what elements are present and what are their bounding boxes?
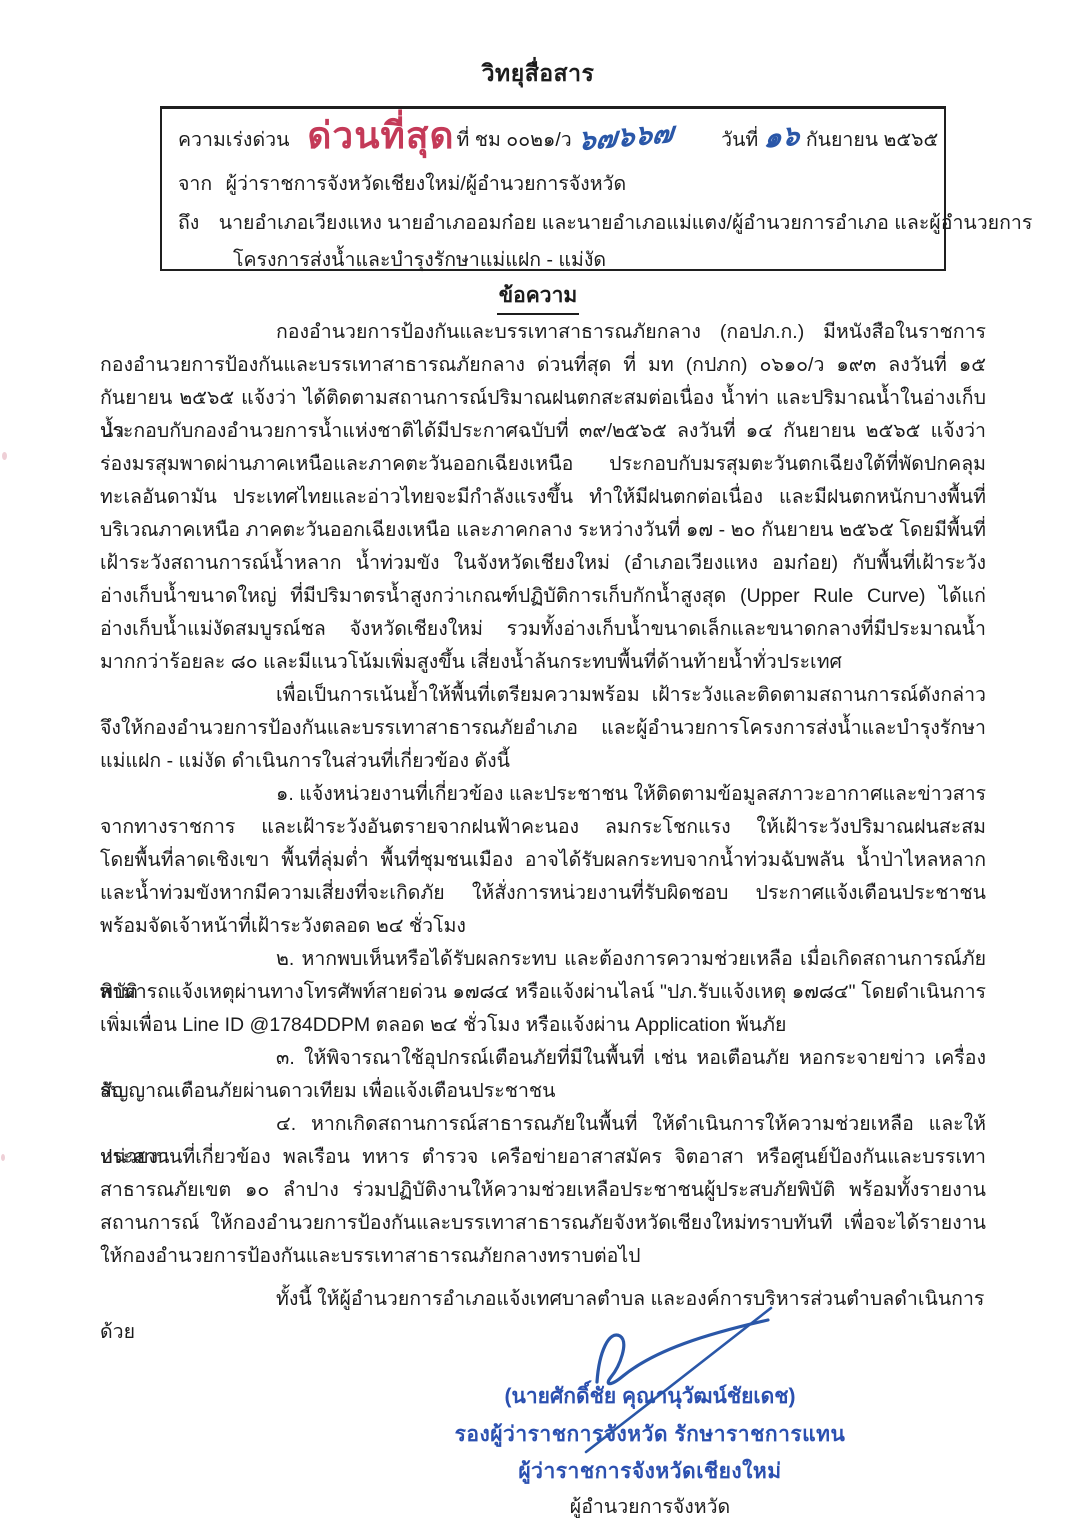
body-line: โดยพื้นที่ลาดเชิงเขา พื้นที่ลุ่มต่ำ พื้น… xyxy=(100,844,986,877)
paragraph: ๑. แจ้งหน่วยงานที่เกี่ยวข้อง และประชาชน … xyxy=(100,778,986,943)
doc-number-handwritten: ๖๗๖๖๗ xyxy=(577,119,675,156)
date-day-handwritten: ๑๖ xyxy=(763,121,801,152)
body-line: สามารถแจ้งเหตุผ่านทางโทรศัพท์สายด่วน ๑๗๘… xyxy=(100,976,986,1009)
from-label: จาก xyxy=(178,165,212,204)
to-value: นายอำเภอเวียงแหง นายอำเภออมก๋อย และนายอำ… xyxy=(219,212,1033,234)
header-line-urgency: ความเร่งด่วน ด่วนที่สุด ที่ ชม ๐๐๒๑/ว ๖๗… xyxy=(178,115,930,165)
paragraph: กองอำนวยการป้องกันและบรรเทาสาธารณภัยกลาง… xyxy=(100,316,986,679)
doc-number-label: ที่ ชม ๐๐๒๑/ว xyxy=(457,124,572,155)
body-line: และน้ำท่วมขังหากมีความเสี่ยงที่จะเกิดภัย… xyxy=(100,877,986,910)
body-line: สถานการณ์ ให้กองอำนวยการป้องกันและบรรเทา… xyxy=(100,1207,986,1240)
body-line: บริเวณภาคเหนือ ภาคตะวันออกเฉียงเหนือ และ… xyxy=(100,514,986,547)
body-line: กองอำนวยการป้องกันและบรรเทาสาธารณภัยกลาง… xyxy=(100,349,986,382)
body-line: พร้อมจัดเจ้าหน้าที่เฝ้าระวังตลอด ๒๔ ชั่ว… xyxy=(100,910,986,943)
body-line: เฝ้าระวังสถานการณ์น้ำหลาก น้ำท่วมขัง ในจ… xyxy=(100,547,986,580)
document-page: วิทยุสื่อสาร ความเร่งด่วน ด่วนที่สุด ที่… xyxy=(0,0,1076,1522)
date-month-year: กันยายน ๒๕๖๕ xyxy=(806,124,938,155)
paragraph: ทั้งนี้ ให้ผู้อำนวยการอำเภอแจ้งเทศบาลตำบ… xyxy=(100,1283,986,1316)
body-line: ๒. หากพบเห็นหรือได้รับผลกระทบ และต้องการ… xyxy=(100,943,986,976)
telegram-header-box: ความเร่งด่วน ด่วนที่สุด ที่ ชม ๐๐๒๑/ว ๖๗… xyxy=(160,106,946,271)
body-line: ๔. หากเกิดสถานการณ์สาธารณภัยในพื้นที่ ให… xyxy=(100,1108,986,1141)
to-value-continued: โครงการส่งน้ำและบำรุงรักษาแม่แฝก - แม่งั… xyxy=(178,243,930,279)
body-line: เพื่อเป็นการเน้นย้ำให้พื้นที่เตรียมความพ… xyxy=(100,679,986,712)
body-line: หน่วยงานที่เกี่ยวข้อง พลเรือน ทหาร ตำรวจ… xyxy=(100,1141,986,1174)
body-line: มากกว่าร้อยละ ๘๐ และมีแนวโน้มเพิ่มสูงขึ้… xyxy=(100,646,986,679)
body-line: ๓. ให้พิจารณาใช้อุปกรณ์เตือนภัยที่มีในพื… xyxy=(100,1042,986,1075)
body-line: ให้กองอำนวยการป้องกันและบรรเทาสาธารณภัยก… xyxy=(100,1240,986,1273)
body-line: จึงให้กองอำนวยการป้องกันและบรรเทาสาธารณภ… xyxy=(100,712,986,745)
urgency-stamp: ด่วนที่สุด xyxy=(307,117,454,154)
header-line-from: จาก ผู้ว่าราชการจังหวัดเชียงใหม่/ผู้อำนว… xyxy=(178,165,930,204)
paragraph: เพื่อเป็นการเน้นย้ำให้พื้นที่เตรียมความพ… xyxy=(100,679,986,778)
body-line: แม่แฝก - แม่งัด ดำเนินการในส่วนที่เกี่ยว… xyxy=(100,745,986,778)
scan-speck xyxy=(1,1154,5,1161)
paragraph: ๒. หากพบเห็นหรือได้รับผลกระทบ และต้องการ… xyxy=(100,943,986,1042)
date-label: วันที่ xyxy=(721,124,758,155)
body-line: เพิ่มเพื่อน Line ID @1784DDPM ตลอด ๒๔ ชั… xyxy=(100,1009,986,1042)
message-heading: ข้อความ xyxy=(497,279,579,315)
body-line: สาธารณภัยเขต ๑๐ ลำปาง ร่วมปฏิบัติงานให้ค… xyxy=(100,1174,986,1207)
body-line: ร่องมรสุมพาดผ่านภาคเหนือและภาคตะวันออกเฉ… xyxy=(100,448,986,481)
paragraph: ๔. หากเกิดสถานการณ์สาธารณภัยในพื้นที่ ให… xyxy=(100,1108,986,1273)
body-line: ทั้งนี้ ให้ผู้อำนวยการอำเภอแจ้งเทศบาลตำบ… xyxy=(100,1283,986,1316)
signature-block: (นายศักดิ์ชัย คุณานุวัฒน์ชัยเดช) รองผู้ว… xyxy=(430,1378,870,1522)
to-label: ถึง xyxy=(178,204,199,243)
from-value: ผู้ว่าราชการจังหวัดเชียงใหม่/ผู้อำนวยการ… xyxy=(226,173,627,195)
message-heading-wrap: ข้อความ xyxy=(0,279,1076,315)
body-line: ทะเลอันดามัน ประเทศไทยและอ่าวไทยจะมีกำลั… xyxy=(100,481,986,514)
body-line: กันยายน ๒๕๖๕ แจ้งว่า ได้ติดตามสถานการณ์ป… xyxy=(100,382,986,415)
body-line: สัญญาณเตือนภัยผ่านดาวเทียม เพื่อแจ้งเตือ… xyxy=(100,1075,986,1108)
signer-position-acting: รองผู้ว่าราชการจังหวัด รักษาราชการแทน xyxy=(430,1416,870,1453)
body-line: กองอำนวยการป้องกันและบรรเทาสาธารณภัยกลาง… xyxy=(100,316,986,349)
scan-speck xyxy=(2,452,7,460)
body-line: อ่างเก็บน้ำแม่งัดสมบูรณ์ชล จังหวัดเชียงใ… xyxy=(100,613,986,646)
signer-position-governor: ผู้ว่าราชการจังหวัดเชียงใหม่ xyxy=(430,1453,870,1490)
body-line: จากทางราชการ และเฝ้าระวังอันตรายจากฝนฟ้า… xyxy=(100,811,986,844)
signer-name: (นายศักดิ์ชัย คุณานุวัฒน์ชัยเดช) xyxy=(430,1378,870,1416)
message-body: กองอำนวยการป้องกันและบรรเทาสาธารณภัยกลาง… xyxy=(100,316,986,1316)
urgency-label: ความเร่งด่วน xyxy=(178,124,289,155)
signer-position-director: ผู้อำนวยการจังหวัด xyxy=(430,1490,870,1522)
body-line: อ่างเก็บน้ำขนาดใหญ่ ที่มีปริมาตรน้ำสูงกว… xyxy=(100,580,986,613)
header-line-to: ถึง นายอำเภอเวียงแหง นายอำเภออมก๋อย และน… xyxy=(178,204,930,243)
paragraph: ๓. ให้พิจารณาใช้อุปกรณ์เตือนภัยที่มีในพื… xyxy=(100,1042,986,1108)
body-line: ๑. แจ้งหน่วยงานที่เกี่ยวข้อง และประชาชน … xyxy=(100,778,986,811)
page-title: วิทยุสื่อสาร xyxy=(0,56,1076,92)
body-line: ประกอบกับกองอำนวยการน้ำแห่งชาติได้มีประก… xyxy=(100,415,986,448)
